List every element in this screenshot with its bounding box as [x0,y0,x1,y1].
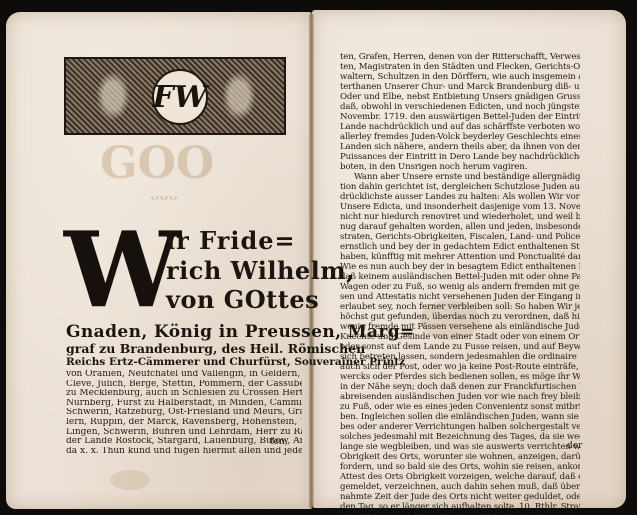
text-line: daß keinem ausländischen Bettel-Juden mi… [340,272,580,282]
text-line: den Tag, so er länger sich aufhalten sol… [340,502,580,512]
text-line: ben. Ingleichen sollen die einländischen… [340,412,580,422]
text-line: zu Mecklenburg, auch in Schlesien zu Cro… [66,389,302,399]
text-line: Novembr. 1719. den auswärtigen Bettel-Ju… [340,112,580,122]
bleed-through-ghost-text: ᴗᴗᴗ [150,188,178,204]
decorated-initial-letter: W [64,222,164,318]
text-line: lange sie wegbleiben, und was sie auswer… [340,442,580,452]
ornamental-woodcut-header-icon: FW [64,57,286,135]
text-line: waltern, Schultzen in den Dörffern, wie … [340,72,580,82]
text-line: Lingen, Schwerin, Bühren und Lehrdam, He… [66,428,302,438]
text-line: Oder und Elbe, nebst Entbietung Unsers g… [340,92,580,102]
text-line: nicht nur hiedurch renoviret und wiederh… [340,212,580,222]
text-line: solches jedesmahl mit Bezeichnung des Ta… [340,432,580,442]
title-line-1: ir Fride= [166,226,296,255]
text-line: wenig fremde mit Pässen versehene als ei… [340,322,580,332]
text-line: Wann aber Unsere ernste und beständige a… [340,172,580,182]
text-line: Lande nachdrücklich und auf das schärffs… [340,122,580,132]
text-line: Cleve, Jülich, Berge, Stettin, Pommern, … [66,380,302,390]
text-line: da x. x. Thun kund und fügen hiermit all… [66,447,302,457]
text-line: Nürnberg, Fürst zu Halberstadt, in Minde… [66,399,302,409]
text-line: Attest des Orts Obrigkeit vorzeigen, wel… [340,472,580,482]
text-line: Knechte und Gesinde von einer Stadt oder… [340,332,580,342]
text-line: nahmte Zeit der Jude des Orts nicht weit… [340,492,580,502]
paper-stain [110,470,150,490]
text-line: oder sonst auf dem Lande zu Fusse reisen… [340,342,580,352]
text-line: terthanen Unserer Chur- und Marck Brande… [340,82,580,92]
text-line: Wagen oder zu Fuß, so wenig als andern f… [340,282,580,292]
catchword-right: der [567,441,582,451]
title-line-3: von GOttes [166,285,319,314]
text-line: Wie es nun auch bey der in besagtem Edic… [340,262,580,272]
text-line: Puissances der Eintritt in Dero Lande be… [340,152,580,162]
text-line: bes oder anderer Verrichtungen halben so… [340,422,580,432]
title-line-5: graf zu Brandenburg, des Heil. Römischen [66,341,365,356]
text-line: tion dahin gerichtet ist, dergleichen Sc… [340,182,580,192]
text-line: wercks oder Pferdes sich bedienen sollen… [340,372,580,382]
text-line: ernstlich und bey der in gedachtem Edict… [340,242,580,252]
text-line: auch sich der Post, oder wo ja keine Pos… [340,362,580,372]
text-line: straten, Gerichts-Obrigkeiten, Fiscalen,… [340,232,580,242]
text-line: lern, Ruppin, der Marck, Ravensberg, Hoh… [66,418,302,428]
right-page-body: ten, Grafen, Herren, denen von der Ritte… [340,52,580,515]
text-line: Obrigkeit des Orts, worunter sie wohnen,… [340,452,580,462]
text-line: drücklichste ausser Landes zu halten: Al… [340,192,580,202]
text-line: daß, obwohl in verschiedenen Edicten, un… [340,102,580,112]
text-line: in der Nähe seyn; doch daß denen zur Fra… [340,382,580,392]
monogram-medallion: FW [152,69,208,125]
text-line: von Oranien, Neufchatel und Vallengin, i… [66,370,302,380]
cherub-figure-icon [96,71,130,121]
text-line: ten, Grafen, Herren, denen von der Ritte… [340,52,580,62]
text-line: Landen sich nähere, andern theils aber, … [340,142,580,152]
text-line: haben, künfftig mit mehrer Attention und… [340,252,580,262]
text-line: abreisenden ausländischen Juden vor wie … [340,392,580,402]
text-line: boten, in den Unsrigen noch herum vagire… [340,162,580,172]
text-line: höchst gut gefunden, überdas noch zu ver… [340,312,580,322]
left-page-body: von Oranien, Neufchatel und Vallengin, i… [66,370,302,456]
text-line: fordern, und so bald sie des Orts, wohin… [340,462,580,472]
text-line: erlaubet sey, noch ferner verbleiben sol… [340,302,580,312]
text-line: zu Fuß, oder wie es eines jeden Convenie… [340,402,580,412]
text-line: ten, Magistraten in den Städten und Flec… [340,62,580,72]
text-line: allerley fremdes Juden-Volck beyderley G… [340,132,580,142]
title-line-2: rich Wilhelm, [166,256,355,285]
text-line: der Lande Rostock, Stargard, Lauenburg, … [66,437,302,447]
text-line: sich betreten lassen, sondern jedesmahle… [340,352,580,362]
text-line: Unsere Edicta, und insonderheit dasjenig… [340,202,580,212]
cherub-figure-icon [222,71,256,121]
bleed-through-ghost-text: GOO [100,138,214,189]
text-line: nug darauf gehalten worden, allen und je… [340,222,580,232]
catchword-left: ten, [270,437,288,447]
text-line: Schwerin, Ratzeburg, Ost-Friesland und M… [66,408,302,418]
text-line: gemeldet, verzeichnen, auch dahin sehen … [340,482,580,492]
text-line: sen und Attestatis nicht versehenen Jude… [340,292,580,302]
